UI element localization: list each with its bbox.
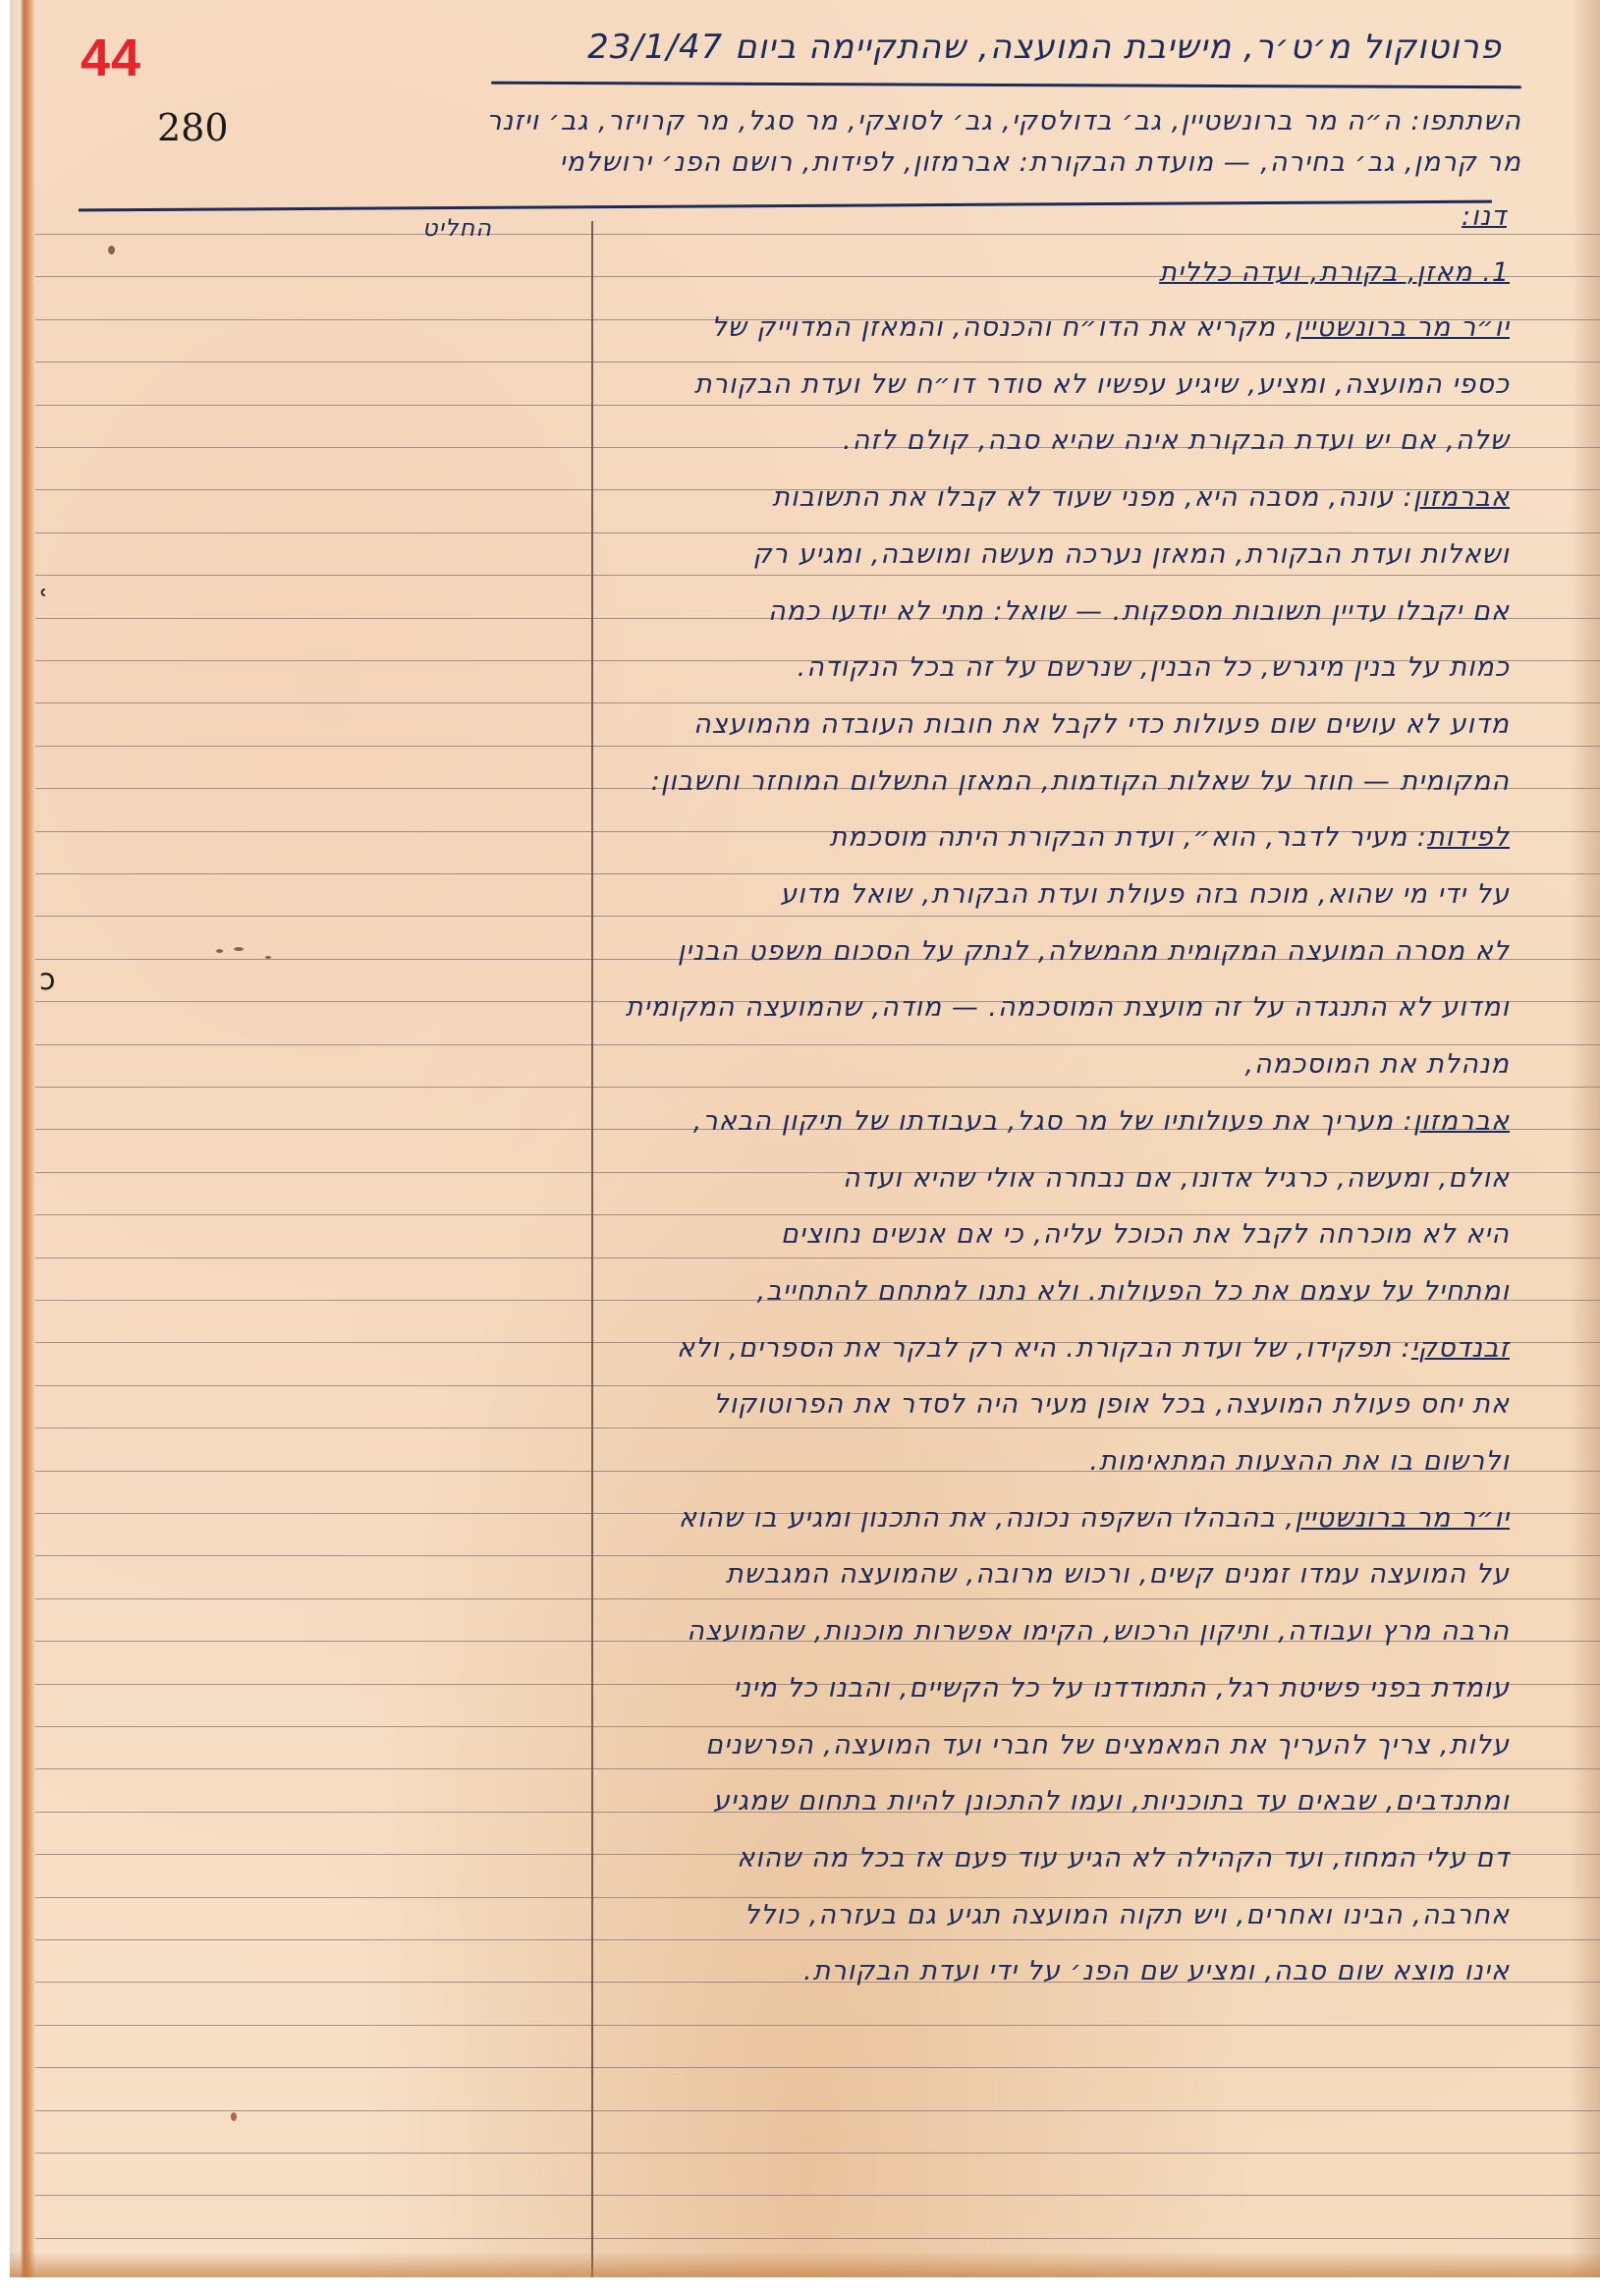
rule-line <box>35 1214 1600 1215</box>
rule-line <box>35 2067 1600 2068</box>
line-text: על ידי מי שהוא, מוכח בזה פעולת ועדת הבקו… <box>780 879 1510 910</box>
line-text: ומדוע לא התנגדה על זה מועצת המוסכמה. — מ… <box>626 992 1510 1023</box>
rule-line <box>35 873 1600 874</box>
rule-line <box>35 362 1600 363</box>
protocol-line: עומדת בפני פשיטת רגל, התמודדנו על כל הקש… <box>733 1673 1510 1704</box>
rule-line <box>35 405 1600 406</box>
binding-ring-mark: ʿ <box>39 585 48 619</box>
rule-line <box>35 234 1600 235</box>
line-text: שלה, אם יש ועדת הבקורת אינה שהיא סבה, קו… <box>843 425 1510 456</box>
protocol-line: ולרשום בו את ההצעות המתאימות. <box>1089 1446 1510 1477</box>
protocol-line: הרבה מרץ ועבודה, ותיקון הרכוש, הקימו אפש… <box>687 1616 1510 1647</box>
rule-line <box>35 916 1600 917</box>
line-text: את יחס פעולת המועצה, בכל אופן מעיר היה ל… <box>713 1389 1510 1420</box>
protocol-line: ושאלות ועדת הבקורת, המאזן נערכה מעשה ומו… <box>753 539 1511 570</box>
ink-stain <box>216 949 223 953</box>
protocol-title: פרוטוקול מ׳ט׳ר, מישיבת המועצה, שהתקיימה … <box>587 28 1502 67</box>
protocol-line: אולם, ומעשה, כרגיל אדונו, אם נבחרה אולי … <box>843 1163 1510 1194</box>
protocol-line: אחרבה, הבינו ואחרים, ויש תקוה המועצה תגי… <box>745 1900 1510 1931</box>
line-text: אולם, ומעשה, כרגיל אדונו, אם נבחרה אולי … <box>843 1163 1510 1194</box>
rule-line <box>35 702 1600 703</box>
rule-line <box>35 1428 1600 1428</box>
line-text: אינו מוצא שום סבה, ומציע שם הפנ׳ על ידי … <box>803 1956 1510 1987</box>
rule-line <box>35 532 1600 533</box>
protocol-line: כספי המועצה, ומציע, שיגיע עפשיו לא סודר … <box>694 369 1510 400</box>
rule-line <box>35 1939 1600 1940</box>
ink-stain <box>265 956 271 959</box>
line-text: ולרשום בו את ההצעות המתאימות. <box>1089 1446 1510 1477</box>
ink-stain <box>108 246 115 254</box>
speaker-name: יו״ר מר ברונשטיין <box>1295 312 1510 343</box>
rule-line <box>35 1598 1600 1599</box>
line-text: דם עלי המחוז, ועד הקהילה לא הגיע עוד פעם… <box>737 1843 1510 1874</box>
speaker-name: זבנדסקי <box>1411 1333 1510 1364</box>
line-text: עומדת בפני פשיטת רגל, התמודדנו על כל הקש… <box>733 1673 1510 1704</box>
title-underline <box>491 82 1521 89</box>
participants-line-2: מר קרמן, גב׳ בחירה, — מועדת הבקורת: אברמ… <box>560 147 1522 178</box>
line-text: המקומית — חוזר על שאלות הקודמות, המאזן ה… <box>651 766 1510 797</box>
ink-stain <box>234 947 244 951</box>
rule-line <box>35 746 1600 747</box>
protocol-line: על ידי מי שהוא, מוכח בזה פעולת ועדת הבקו… <box>780 879 1510 910</box>
protocol-line: עלות, צריך להעריך את המאמצים של חברי ועד… <box>705 1730 1510 1761</box>
protocol-line: שלה, אם יש ועדת הבקורת אינה שהיא סבה, קו… <box>843 425 1510 456</box>
line-text: אחרבה, הבינו ואחרים, ויש תקוה המועצה תגי… <box>745 1900 1510 1931</box>
rule-line <box>35 1385 1600 1386</box>
protocol-line: ומתנדבים, שבאים עד בתוכניות, ועמו להתכונ… <box>713 1786 1510 1817</box>
line-text: ומתחיל על עצמם את כל הפעולות. ולא נתנו ל… <box>757 1276 1510 1307</box>
protocol-line: ומדוע לא התנגדה על זה מועצת המוסכמה. — מ… <box>626 992 1510 1023</box>
speaker-name: לפידות <box>1427 822 1510 853</box>
line-text: : עונה, מסבה היא, מפני שעוד לא קבלו את ה… <box>772 482 1412 513</box>
notebook-page: 44 280 פרוטוקול מ׳ט׳ר, מישיבת המועצה, שה… <box>10 0 1600 2277</box>
rule-line <box>35 575 1600 576</box>
rule-line <box>35 1768 1600 1769</box>
line-text: : תפקידו, של ועדת הבקורת. היא רק לבקר את… <box>677 1333 1411 1364</box>
protocol-line: לפידות: מעיר לדבר, הוא״, ועדת הבקורת הית… <box>830 822 1510 853</box>
protocol-line: היא לא מוכרחה לקבל את הכוכל עליה, כי אם … <box>781 1219 1510 1250</box>
page-right-edge-shadow <box>1571 0 1600 2277</box>
margin-column-divider <box>591 221 593 2277</box>
protocol-line: אם יקבלו עדיין תשובות מספקות. — שואל: מת… <box>768 596 1510 627</box>
line-text: על המועצה עמדו זמנים קשים, ורכוש מרובה, … <box>726 1559 1510 1590</box>
protocol-line: את יחס פעולת המועצה, בכל אופן מעיר היה ל… <box>713 1389 1510 1420</box>
line-text: , בהבהלו השקפה נכונה, את התכנון ומגיע בו… <box>679 1503 1295 1534</box>
rule-line <box>35 2153 1600 2154</box>
protocol-line: המקומית — חוזר על שאלות הקודמות, המאזן ה… <box>651 766 1510 797</box>
rule-line <box>35 1044 1600 1045</box>
header-underline <box>79 200 1492 212</box>
line-text: ושאלות ועדת הבקורת, המאזן נערכה מעשה ומו… <box>753 539 1511 570</box>
rule-line <box>35 1897 1600 1898</box>
line-text: כספי המועצה, ומציע, שיגיע עפשיו לא סודר … <box>694 369 1510 400</box>
line-text: היא לא מוכרחה לקבל את הכוכל עליה, כי אם … <box>781 1219 1510 1250</box>
rule-line <box>35 2110 1600 2111</box>
line-text: : מעיר לדבר, הוא״, ועדת הבקורת היתה מוסכ… <box>830 822 1427 853</box>
protocol-line: זבנדסקי: תפקידו, של ועדת הבקורת. היא רק … <box>677 1333 1510 1364</box>
rule-line <box>35 2238 1600 2239</box>
binding-ring-mark: ɔ <box>39 963 55 997</box>
protocol-line: יו״ר מר ברונשטיין, בהבהלו השקפה נכונה, א… <box>679 1503 1510 1534</box>
line-text: ומתנדבים, שבאים עד בתוכניות, ועמו להתכונ… <box>713 1786 1510 1817</box>
ink-stain <box>231 2112 237 2121</box>
ledger-page-number: 280 <box>157 106 229 149</box>
line-text: אם יקבלו עדיין תשובות מספקות. — שואל: מת… <box>768 596 1510 627</box>
rule-line <box>35 1087 1600 1088</box>
line-text: , מקריא את הדו״ח והכנסה, והמאזן המדוייק … <box>711 312 1295 343</box>
protocol-line: אברמזון: עונה, מסבה היא, מפני שעוד לא קב… <box>772 482 1510 513</box>
protocol-line: מנהלת את המוסכמה, <box>1244 1049 1510 1080</box>
decided-column-label: החליט <box>422 214 492 242</box>
rule-line <box>35 1555 1600 1556</box>
protocol-line: דם עלי המחוז, ועד הקהילה לא הגיע עוד פעם… <box>737 1843 1510 1874</box>
rule-line <box>35 1258 1600 1259</box>
protocol-line: יו״ר מר ברונשטיין, מקריא את הדו״ח והכנסה… <box>711 312 1510 343</box>
protocol-line: כמות על בנין מיגרש, כל הבנין, שנרשם על ז… <box>798 652 1510 683</box>
rule-line <box>35 2195 1600 2196</box>
page-binding-edge <box>10 0 35 2277</box>
agenda-item-heading: 1. מאזן, בקורת, ועדה כללית <box>1159 257 1510 288</box>
protocol-line: לא מסרה המועצה המקומית מהמשלה, לנתק על ה… <box>678 936 1510 967</box>
agenda-item-text: 1. מאזן, בקורת, ועדה כללית <box>1159 257 1510 288</box>
speaker-name: יו״ר מר ברונשטיין <box>1295 1503 1510 1534</box>
discussed-column-label: דנו: <box>1462 201 1507 232</box>
line-text: לא מסרה המועצה המקומית מהמשלה, לנתק על ה… <box>678 936 1510 967</box>
line-text: מנהלת את המוסכמה, <box>1244 1049 1510 1080</box>
line-text: כמות על בנין מיגרש, כל הבנין, שנרשם על ז… <box>798 652 1510 683</box>
protocol-line: אינו מוצא שום סבה, ומציע שם הפנ׳ על ידי … <box>803 1956 1510 1987</box>
protocol-line: על המועצה עמדו זמנים קשים, ורכוש מרובה, … <box>726 1559 1510 1590</box>
protocol-line: מדוע לא עושים שום פעולות כדי לקבל את חוב… <box>693 709 1510 740</box>
line-text: הרבה מרץ ועבודה, ותיקון הרכוש, הקימו אפש… <box>687 1616 1510 1647</box>
line-text: : מעריך את פעולותיו של מר סגל, בעבודתו ש… <box>693 1106 1413 1137</box>
protocol-line: אברמזון: מעריך את פעולותיו של מר סגל, בע… <box>693 1106 1510 1137</box>
speaker-name: אברמזון <box>1413 482 1510 513</box>
rule-line <box>35 2025 1600 2026</box>
protocol-line: ומתחיל על עצמם את כל הפעולות. ולא נתנו ל… <box>757 1276 1510 1307</box>
rule-line <box>35 1726 1600 1727</box>
speaker-name: אברמזון <box>1413 1106 1510 1137</box>
line-text: עלות, צריך להעריך את המאמצים של חברי ועד… <box>705 1730 1510 1761</box>
participants-line-1: השתתפו: ה״ה מר ברונשטיין, גב׳ בדולסקי, ג… <box>486 106 1521 137</box>
archive-page-number: 44 <box>81 28 141 88</box>
line-text: מדוע לא עושים שום פעולות כדי לקבל את חוב… <box>693 709 1510 740</box>
